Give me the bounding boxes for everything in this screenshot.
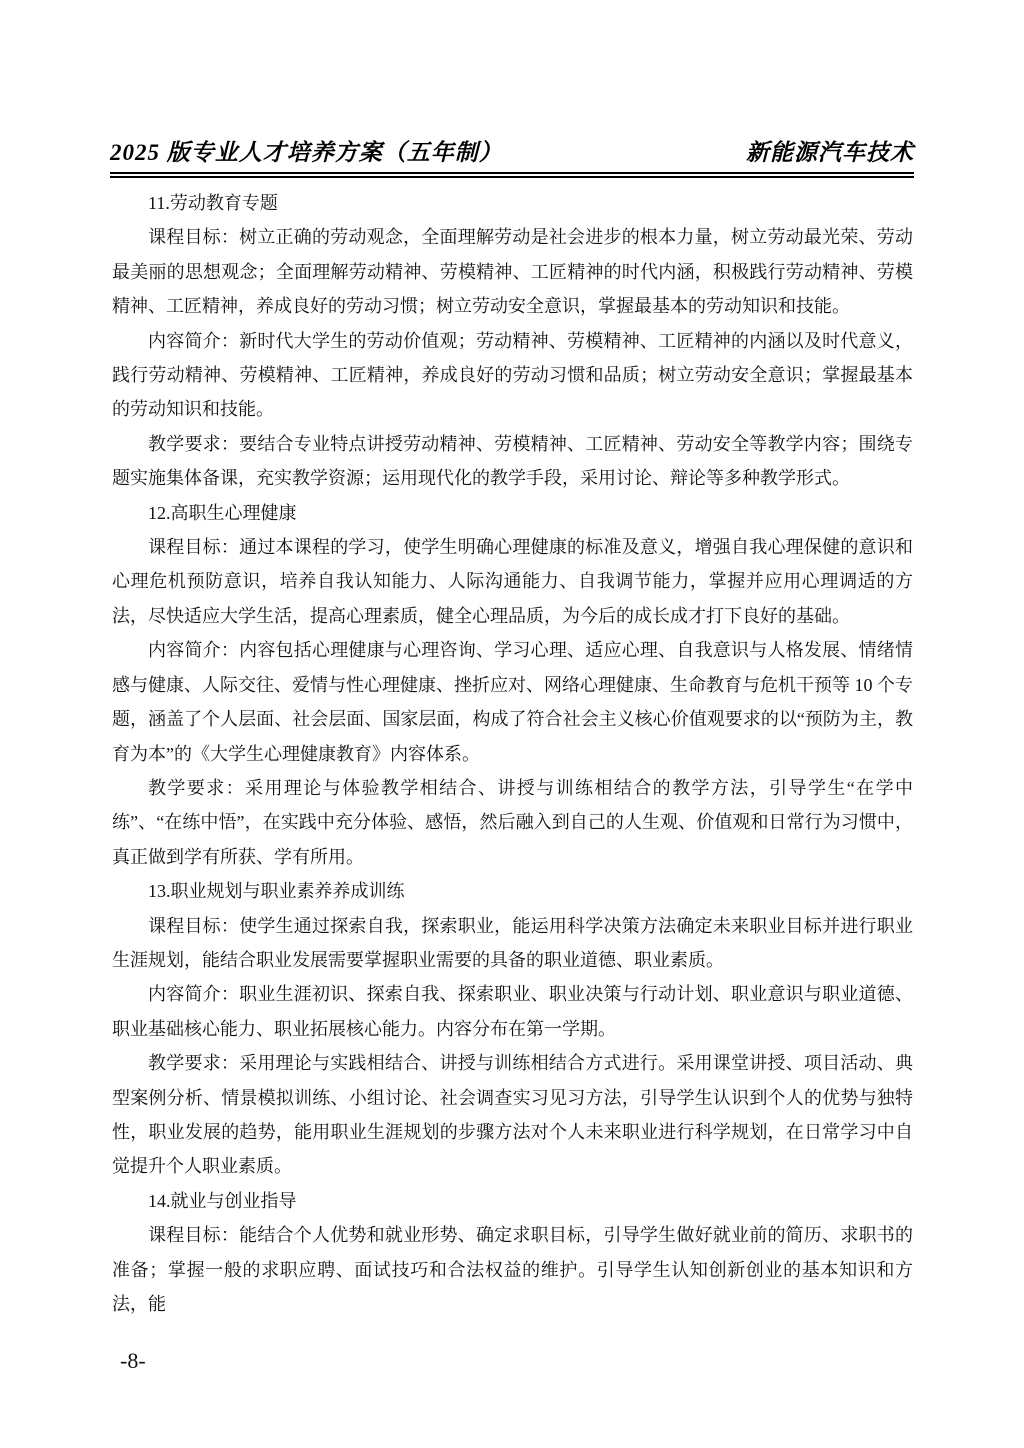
- paragraph-content-brief-13: 内容简介：职业生涯初识、探索自我、探索职业、职业决策与行动计划、职业意识与职业道…: [112, 977, 913, 1046]
- page-header: 2025 版专业人才培养方案（五年制） 新能源汽车技术: [110, 139, 914, 178]
- section-heading-13: 13.职业规划与职业素养养成训练: [112, 874, 913, 908]
- paragraph-teaching-req-12: 教学要求：采用理论与体验教学相结合、讲授与训练相结合的教学方法，引导学生“在学中…: [112, 771, 913, 874]
- section-heading-12: 12.高职生心理健康: [112, 496, 913, 530]
- paragraph-course-goal-13: 课程目标：使学生通过探索自我，探索职业，能运用科学决策方法确定未来职业目标并进行…: [112, 909, 913, 978]
- paragraph-teaching-req-11: 教学要求：要结合专业特点讲授劳动精神、劳模精神、工匠精神、劳动安全等教学内容；围…: [112, 427, 913, 496]
- header-rule: [110, 172, 914, 178]
- page-number: -8-: [120, 1348, 146, 1374]
- document-page: 2025 版专业人才培养方案（五年制） 新能源汽车技术 11.劳动教育专题 课程…: [0, 0, 1024, 1448]
- section-heading-11: 11.劳动教育专题: [112, 186, 913, 220]
- paragraph-course-goal-12: 课程目标：通过本课程的学习，使学生明确心理健康的标准及意义，增强自我心理保健的意…: [112, 530, 913, 633]
- header-row: 2025 版专业人才培养方案（五年制） 新能源汽车技术: [110, 139, 914, 167]
- paragraph-content-brief-12: 内容简介：内容包括心理健康与心理咨询、学习心理、适应心理、自我意识与人格发展、情…: [112, 633, 913, 771]
- paragraph-content-brief-11: 内容简介：新时代大学生的劳动价值观；劳动精神、劳模精神、工匠精神的内涵以及时代意…: [112, 324, 913, 427]
- document-body: 11.劳动教育专题 课程目标：树立正确的劳动观念，全面理解劳动是社会进步的根本力…: [112, 186, 913, 1321]
- paragraph-teaching-req-13: 教学要求：采用理论与实践相结合、讲授与训练相结合方式进行。采用课堂讲授、项目活动…: [112, 1046, 913, 1184]
- paragraph-course-goal-11: 课程目标：树立正确的劳动观念，全面理解劳动是社会进步的根本力量，树立劳动最光荣、…: [112, 220, 913, 323]
- header-right-title: 新能源汽车技术: [746, 139, 914, 167]
- header-left-title: 2025 版专业人才培养方案（五年制）: [110, 139, 503, 167]
- paragraph-course-goal-14: 课程目标：能结合个人优势和就业形势、确定求职目标，引导学生做好就业前的简历、求职…: [112, 1218, 913, 1321]
- section-heading-14: 14.就业与创业指导: [112, 1184, 913, 1218]
